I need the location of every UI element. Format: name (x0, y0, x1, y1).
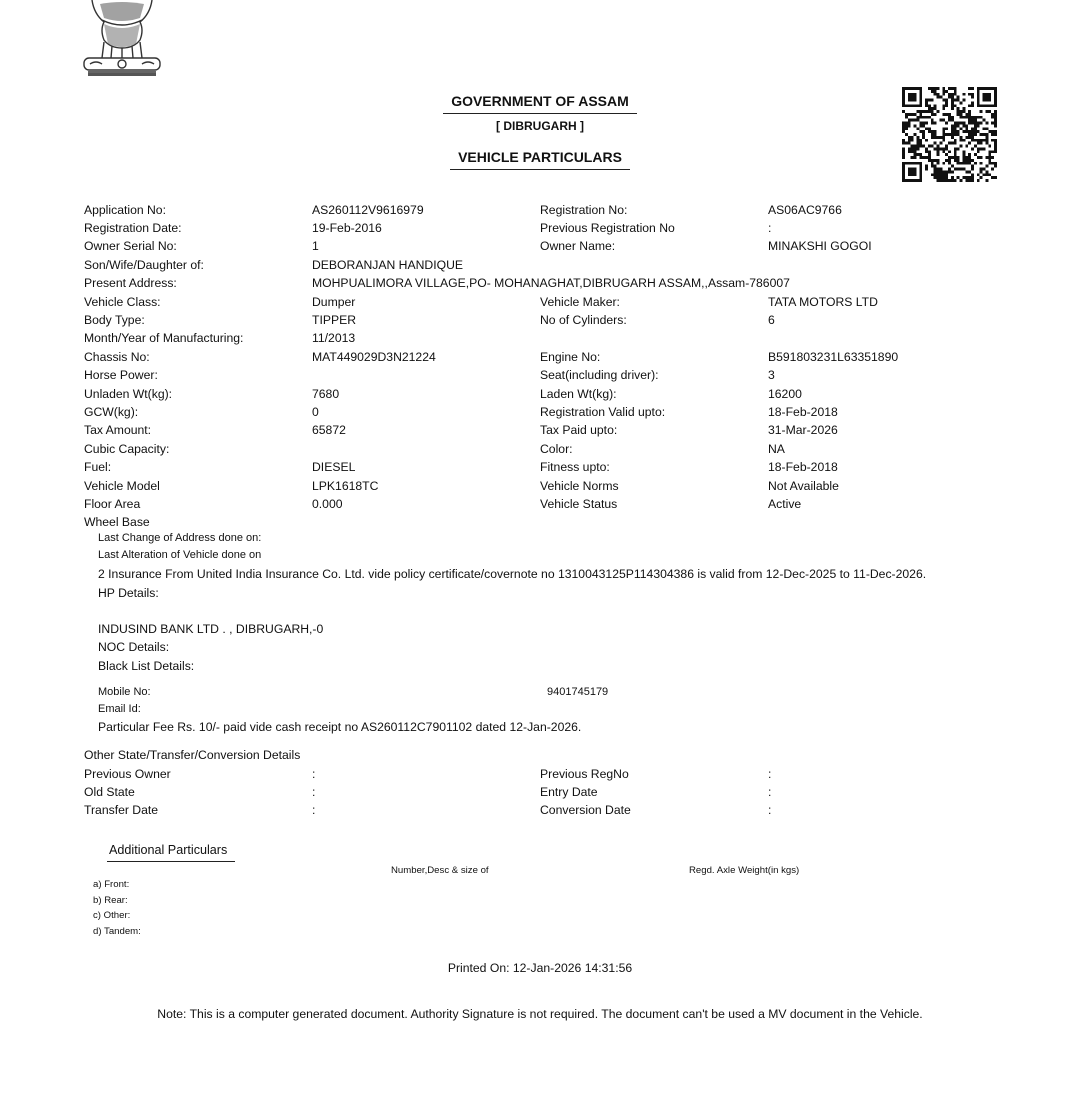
document-title: VEHICLE PARTICULARS (0, 149, 1080, 165)
field-value: DEBORANJAN HANDIQUE (312, 258, 463, 272)
field-value: 7680 (312, 387, 339, 401)
axle-weight-column: Regd. Axle Weight(in kgs) (689, 865, 799, 876)
printed-on: Printed On: 12-Jan-2026 14:31:56 (0, 961, 1080, 975)
transfer-label: Transfer Date (84, 803, 158, 817)
axle-label: d) Tandem: (93, 926, 141, 937)
axle-label: b) Rear: (93, 895, 128, 906)
additional-particulars-heading: Additional Particulars (109, 843, 227, 857)
field-label: Month/Year of Manufacturing: (84, 331, 243, 345)
field-value: MAT449029D3N21224 (312, 350, 436, 364)
field-label: Vehicle Model (84, 479, 160, 493)
field-label: Son/Wife/Daughter of: (84, 258, 204, 272)
field-value: TIPPER (312, 313, 356, 327)
field-value: AS06AC9766 (768, 203, 842, 217)
field-value: B591803231L63351890 (768, 350, 898, 364)
transfer-label: Old State (84, 785, 135, 799)
field-label: Fuel: (84, 460, 111, 474)
field-label: Engine No: (540, 350, 600, 364)
field-value: MINAKSHI GOGOI (768, 239, 872, 253)
field-label: Fitness upto: (540, 460, 610, 474)
transfer-label: Previous Owner (84, 767, 171, 781)
field-value: Dumper (312, 295, 355, 309)
field-value: TATA MOTORS LTD (768, 295, 878, 309)
transfer-label: Entry Date (540, 785, 598, 799)
field-label: Cubic Capacity: (84, 442, 169, 456)
field-value: DIESEL (312, 460, 355, 474)
axle-desc-column: Number,Desc & size of (391, 865, 489, 876)
field-label: Vehicle Class: (84, 295, 161, 309)
field-label: Owner Serial No: (84, 239, 177, 253)
last-address-change-label: Last Change of Address done on: (98, 532, 261, 544)
field-label: Color: (540, 442, 573, 456)
field-label: Horse Power: (84, 368, 158, 382)
field-label: Vehicle Status (540, 497, 617, 511)
field-value: 6 (768, 313, 775, 327)
field-label: Previous Registration No (540, 221, 675, 235)
field-value: LPK1618TC (312, 479, 378, 493)
axle-label: c) Other: (93, 910, 130, 921)
field-label: Present Address: (84, 276, 177, 290)
transfer-value: : (768, 803, 771, 817)
transfer-value: : (768, 767, 771, 781)
mobile-value: 9401745179 (547, 686, 608, 698)
title-underline (443, 113, 637, 114)
transfer-value: : (312, 767, 315, 781)
field-value: 19-Feb-2016 (312, 221, 382, 235)
state-emblem-icon (74, 0, 170, 78)
field-label: Vehicle Maker: (540, 295, 620, 309)
field-label: Body Type: (84, 313, 145, 327)
field-value: 31-Mar-2026 (768, 423, 838, 437)
particular-fee-text: Particular Fee Rs. 10/- paid vide cash r… (98, 720, 581, 734)
field-value: 3 (768, 368, 775, 382)
field-value: MOHPUALIMORA VILLAGE,PO- MOHANAGHAT,DIBR… (312, 276, 790, 290)
field-label: Laden Wt(kg): (540, 387, 617, 401)
noc-details-label: NOC Details: (98, 640, 169, 654)
transfer-value: : (768, 785, 771, 799)
field-label: Unladen Wt(kg): (84, 387, 172, 401)
last-alteration-label: Last Alteration of Vehicle done on (98, 549, 261, 561)
transfer-value: : (312, 803, 315, 817)
hp-details-label: HP Details: (98, 586, 159, 600)
field-value: : (768, 221, 771, 235)
field-label: Vehicle Norms (540, 479, 619, 493)
field-value: 1 (312, 239, 319, 253)
transfer-label: Conversion Date (540, 803, 631, 817)
field-value: 0 (312, 405, 319, 419)
field-label: Application No: (84, 203, 166, 217)
field-label: Wheel Base (84, 515, 150, 529)
blacklist-details-label: Black List Details: (98, 659, 194, 673)
field-label: Floor Area (84, 497, 140, 511)
field-label: Seat(including driver): (540, 368, 659, 382)
field-label: Owner Name: (540, 239, 615, 253)
field-label: Chassis No: (84, 350, 150, 364)
field-value: 11/2013 (312, 331, 355, 345)
field-label: Tax Paid upto: (540, 423, 617, 437)
field-label: Tax Amount: (84, 423, 151, 437)
field-value: Not Available (768, 479, 839, 493)
title-underline (450, 169, 630, 170)
field-label: Registration Date: (84, 221, 182, 235)
field-value: Active (768, 497, 801, 511)
mobile-label: Mobile No: (98, 686, 151, 698)
field-value: 16200 (768, 387, 802, 401)
field-label: Registration No: (540, 203, 627, 217)
field-label: GCW(kg): (84, 405, 138, 419)
district-label: [ DIBRUGARH ] (0, 119, 1080, 133)
axle-label: a) Front: (93, 879, 129, 890)
field-value: 65872 (312, 423, 346, 437)
government-title: GOVERNMENT OF ASSAM (0, 93, 1080, 109)
field-value: 0.000 (312, 497, 343, 511)
insurance-details: 2 Insurance From United India Insurance … (98, 567, 926, 581)
transfer-value: : (312, 785, 315, 799)
footer-note: Note: This is a computer generated docum… (0, 1007, 1080, 1021)
heading-underline (107, 861, 235, 862)
transfer-heading: Other State/Transfer/Conversion Details (84, 748, 300, 762)
hp-details-value: INDUSIND BANK LTD . , DIBRUGARH,-0 (98, 622, 323, 636)
email-label: Email Id: (98, 703, 141, 715)
field-value: 18-Feb-2018 (768, 405, 838, 419)
transfer-label: Previous RegNo (540, 767, 629, 781)
field-label: Registration Valid upto: (540, 405, 665, 419)
field-label: No of Cylinders: (540, 313, 627, 327)
field-value: AS260112V9616979 (312, 203, 424, 217)
field-value: 18-Feb-2018 (768, 460, 838, 474)
field-value: NA (768, 442, 785, 456)
